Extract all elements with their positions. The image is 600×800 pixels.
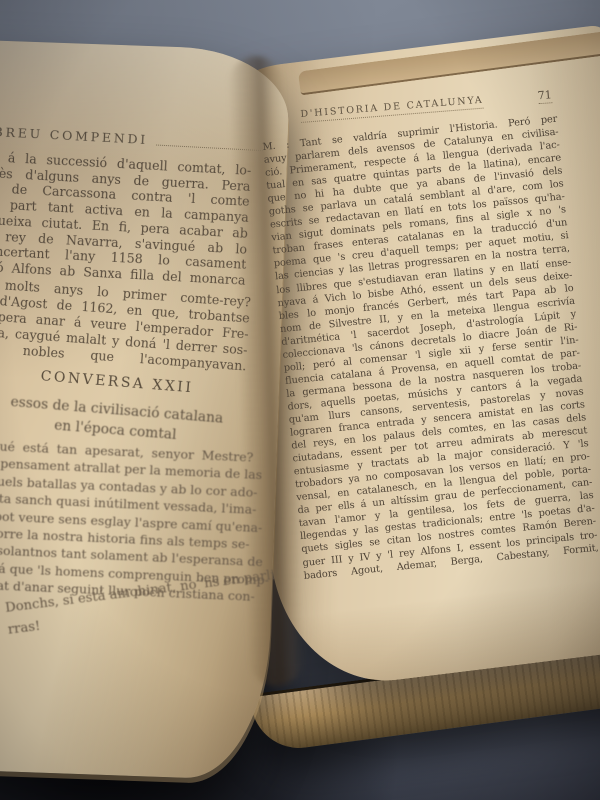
right-page-text-block: M. : Tant se valdría suprimir l'Historia… — [262, 113, 599, 583]
page-number: 71 — [537, 88, 552, 104]
dotted-rule — [156, 144, 263, 151]
left-paragraph-1: et á la successió d'aquell comtat, lo-pr… — [0, 149, 252, 288]
book-photo: D'HISTORIA DE CATALUNYA 71 M. : Tant se … — [0, 0, 600, 800]
